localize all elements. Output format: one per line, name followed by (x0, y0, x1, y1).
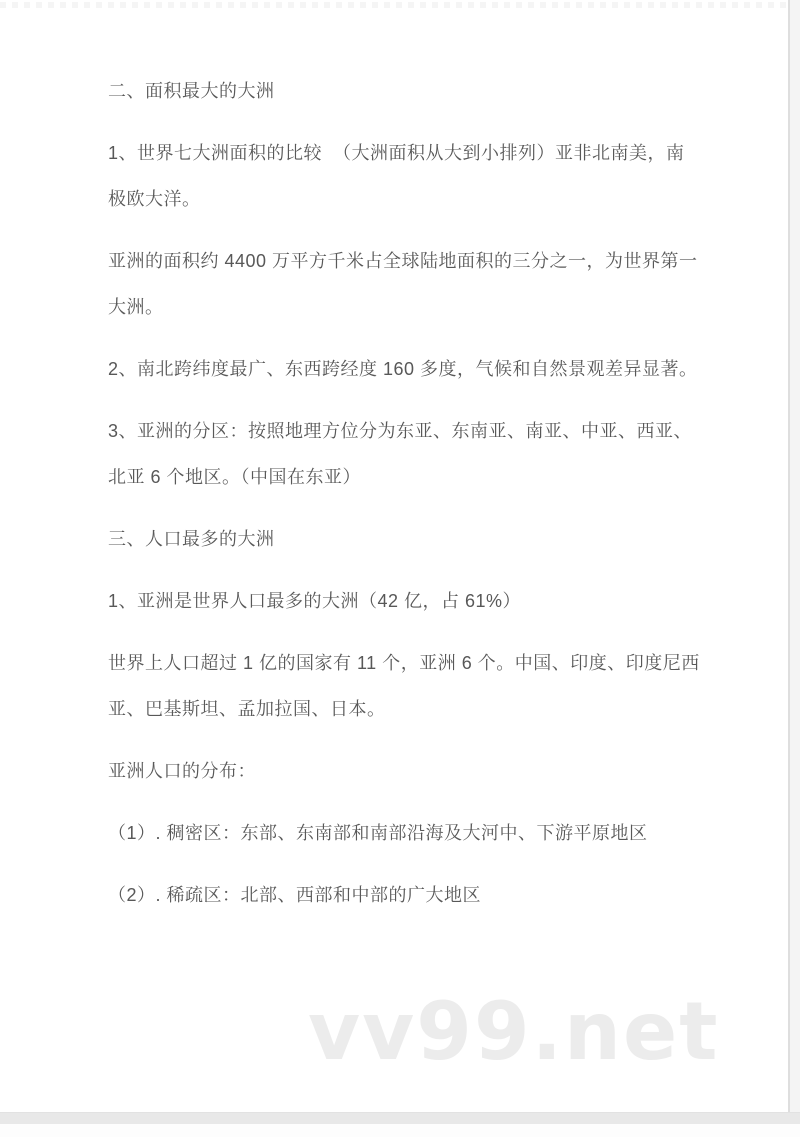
text-line: 二、面积最大的大洲 (108, 68, 789, 114)
text-line: 3、亚洲的分区：按照地理方位分为东亚、东南亚、南亚、中亚、西亚、 (108, 408, 789, 454)
text-line: （1）. 稠密区：东部、东南部和南部沿海及大河中、下游平原地区 (108, 810, 789, 856)
paragraph-asia-population: 1、亚洲是世界人口最多的大洲（42 亿，占 61%） (108, 578, 789, 624)
paragraph-latitude-longitude-span: 2、南北跨纬度最广、东西跨经度 160 多度，气候和自然景观差异显著。 (108, 346, 789, 392)
paragraph-asia-area: 亚洲的面积约 4400 万平方千米占全球陆地面积的三分之一，为世界第一 大洲。 (108, 238, 789, 330)
text-line: 三、人口最多的大洲 (108, 516, 789, 562)
heading-largest-continent: 二、面积最大的大洲 (108, 68, 789, 114)
paragraph-population-distribution: 亚洲人口的分布： (108, 748, 789, 794)
text-line: 极欧大洋。 (108, 176, 789, 222)
text-line: 世界上人口超过 1 亿的国家有 11 个，亚洲 6 个。中国、印度、印度尼西 (108, 640, 789, 686)
paragraph-asia-subregions: 3、亚洲的分区：按照地理方位分为东亚、东南亚、南亚、中亚、西亚、 北亚 6 个地… (108, 408, 789, 500)
text-line: 北亚 6 个地区。（中国在东亚） (108, 454, 789, 500)
text-line: 2、南北跨纬度最广、东西跨经度 160 多度，气候和自然景观差异显著。 (108, 346, 789, 392)
paragraph-seven-continents-comparison: 1、世界七大洲面积的比较 （大洲面积从大到小排列）亚非北南美，南 极欧大洋。 (108, 130, 789, 222)
site-watermark: vv99.net (308, 985, 719, 1078)
heading-most-populous-continent: 三、人口最多的大洲 (108, 516, 789, 562)
text-line: 亚洲的面积约 4400 万平方千米占全球陆地面积的三分之一，为世界第一 (108, 238, 789, 284)
page-gap-divider (0, 1112, 800, 1124)
text-line: 大洲。 (108, 284, 789, 330)
paragraph-billion-population-countries: 世界上人口超过 1 亿的国家有 11 个，亚洲 6 个。中国、印度、印度尼西 亚… (108, 640, 789, 732)
paragraph-sparse-area: （2）. 稀疏区：北部、西部和中部的广大地区 (108, 872, 789, 918)
page-content: 二、面积最大的大洲 1、世界七大洲面积的比较 （大洲面积从大到小排列）亚非北南美… (0, 0, 789, 934)
next-page-top (0, 1124, 800, 1137)
text-line: 1、世界七大洲面积的比较 （大洲面积从大到小排列）亚非北南美，南 (108, 130, 789, 176)
document-page[interactable]: 二、面积最大的大洲 1、世界七大洲面积的比较 （大洲面积从大到小排列）亚非北南美… (0, 0, 789, 1112)
document-viewport: 二、面积最大的大洲 1、世界七大洲面积的比较 （大洲面积从大到小排列）亚非北南美… (0, 0, 800, 1137)
text-line: 亚洲人口的分布： (108, 748, 789, 794)
text-line: 1、亚洲是世界人口最多的大洲（42 亿，占 61%） (108, 578, 789, 624)
paragraph-dense-area: （1）. 稠密区：东部、东南部和南部沿海及大河中、下游平原地区 (108, 810, 789, 856)
text-line: （2）. 稀疏区：北部、西部和中部的广大地区 (108, 872, 789, 918)
page-right-margin (790, 0, 800, 1112)
text-line: 亚、巴基斯坦、孟加拉国、日本。 (108, 686, 789, 732)
